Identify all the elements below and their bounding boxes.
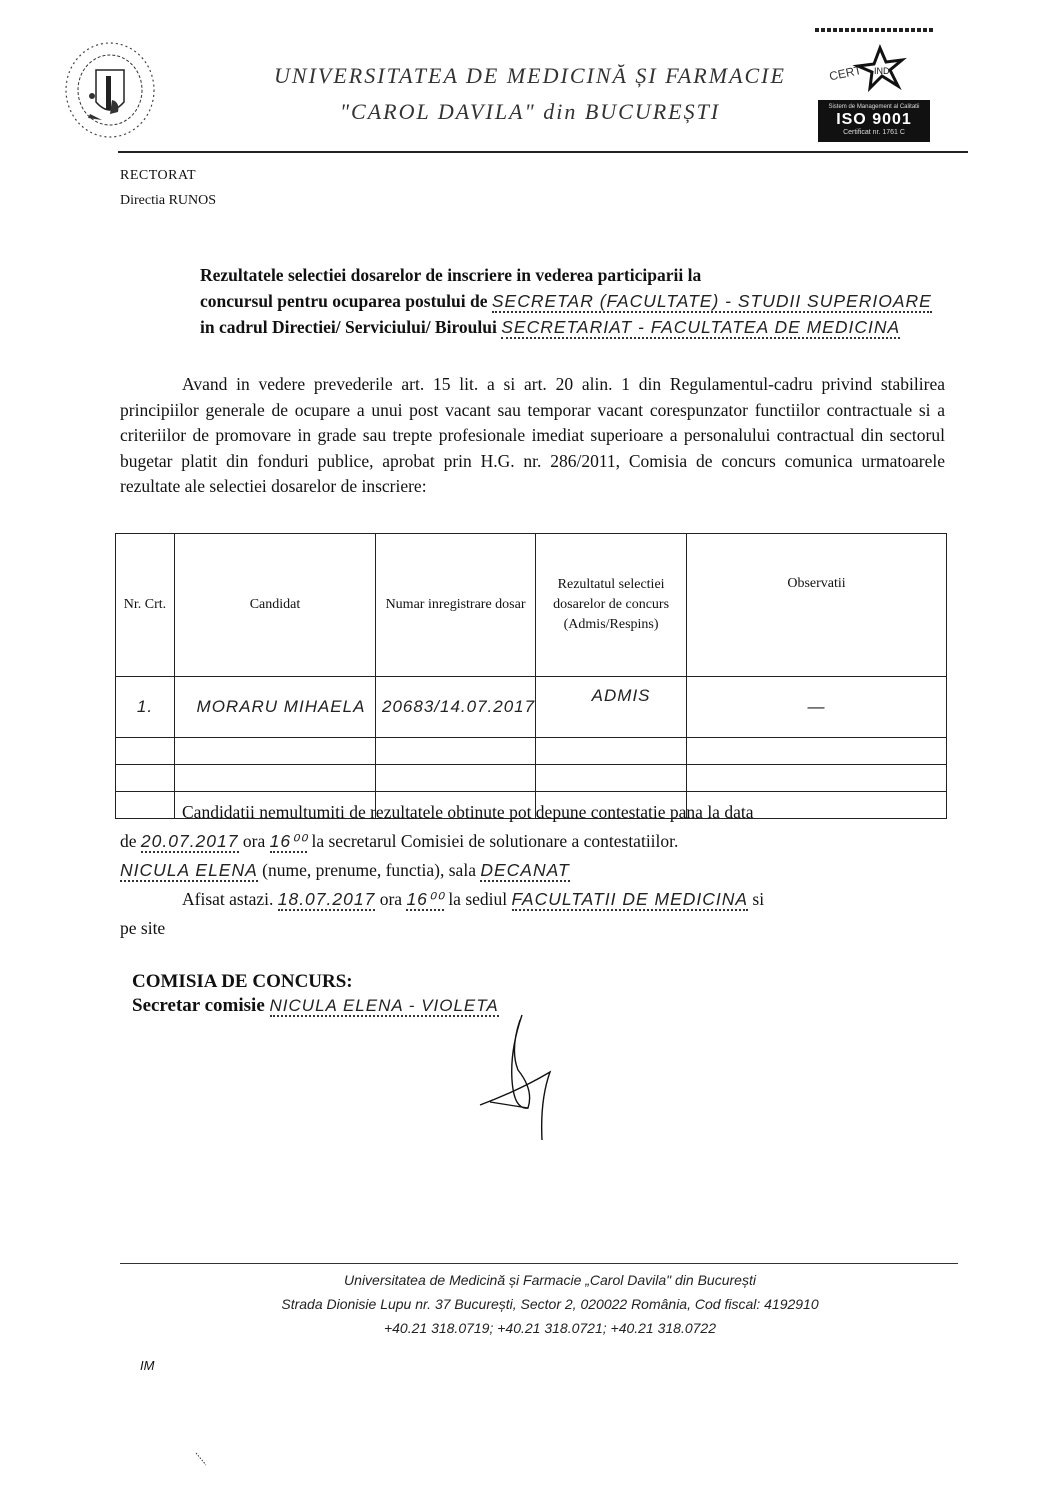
cell-numar: 20683/14.07.2017 [376,677,536,738]
cell-nr [116,765,175,792]
document-title: Rezultatele selectiei dosarelor de inscr… [200,262,1059,340]
signature-icon [470,1010,590,1145]
location: FACULTATII DE MEDICINA [512,889,749,911]
table-row [116,765,947,792]
deadline-date: 20.07.2017 [141,831,239,853]
cell-rezultat: ADMIS [536,677,687,738]
posted-line: Afisat astazi. 18.07.2017 ora 16⁰⁰ la se… [120,885,950,914]
cell-observatii: — [687,677,947,738]
iso-badge-cert: Certificat nr. 1761 C [818,128,930,137]
footer-institution: Universitatea de Medicină și Farmacie „C… [100,1268,1000,1292]
title-line-3: in cadrul Directiei/ Serviciului/ Biroul… [200,314,1059,340]
contestation-deadline-line: de 20.07.2017 ora 16⁰⁰ la secretarul Com… [120,827,950,856]
table-row: 1. MORARU MIHAELA 20683/14.07.2017 ADMIS… [116,677,947,738]
cell-observatii [687,738,947,765]
university-name-line2: "CAROL DAVILA" din BUCUREȘTI [230,94,830,130]
header-divider [118,151,968,153]
department-label: RECTORAT [120,168,196,184]
commission-block: COMISIA DE CONCURS: Secretar comisie NIC… [132,970,499,1018]
header-nr-crt: Nr. Crt. [116,534,175,677]
cell-numar [376,738,536,765]
pe-site: pe site [120,914,950,943]
department-field: SECRETARIAT - FACULTATEA DE MEDICINA [501,317,900,339]
footer-phones: +40.21 318.0719; +40.21 318.0721; +40.21… [100,1316,1000,1340]
iso-badge-main: ISO 9001 [818,111,930,128]
footer: Universitatea de Medicină și Farmacie „C… [100,1268,1000,1340]
cell-candidat [175,765,376,792]
scan-mark [195,1452,207,1466]
directorate-label: Directia RUNOS [120,193,216,209]
university-seal-icon [62,40,158,140]
cell-candidat [175,738,376,765]
commission-secretary-line: Secretar comisie NICULA ELENA - VIOLETA [132,994,499,1018]
table-row [116,738,947,765]
title-department-label: in cadrul Directiei/ Serviciului/ Biroul… [200,317,497,337]
header-observatii: Observatii [687,534,947,677]
iso-badge-caption: Sistem de Management al Calitatii [818,100,930,111]
title-line-2: concursul pentru ocuparea postului de SE… [200,288,1059,314]
footer-divider [120,1263,958,1264]
cell-nr [116,738,175,765]
title-position-label: concursul pentru ocuparea postului de [200,291,488,311]
header-numar-inregistrare: Numar inregistrare dosar [376,534,536,677]
de-label: de [120,831,137,851]
name-hint: (nume, prenume, functia), sala [262,860,476,880]
centrind-logo-icon: CERT IND [822,42,922,97]
cell-numar [376,765,536,792]
footer-address: Strada Dionisie Lupu nr. 37 București, S… [100,1292,1000,1316]
contestation-section: Candidatii nemultumiti de rezultatele ob… [120,798,950,943]
header-candidat: Candidat [175,534,376,677]
svg-text:IND: IND [874,66,890,76]
si-label: si [752,889,764,909]
legal-basis-paragraph: Avand in vedere prevederile art. 15 lit.… [120,372,945,500]
position-field: SECRETAR (FACULTATE) - STUDII SUPERIOARE [492,291,932,313]
cell-candidat: MORARU MIHAELA [175,677,376,738]
university-name-line1: UNIVERSITATEA DE MEDICINĂ ȘI FARMACIE [230,58,830,94]
university-name: UNIVERSITATEA DE MEDICINĂ ȘI FARMACIE "C… [230,58,830,130]
secretary-label: Secretar comisie [132,995,265,1016]
table-header-row: Nr. Crt. Candidat Numar inregistrare dos… [116,534,947,677]
document-initials: IM [140,1358,154,1373]
cell-rezultat [536,765,687,792]
posted-ora-label: ora [380,889,402,909]
location-label: la sediul [448,889,507,909]
cell-nr: 1. [116,677,175,738]
posted-hour: 16⁰⁰ [406,889,444,911]
secretary-text: la secretarul Comisiei de solutionare a … [311,831,678,851]
contestation-secretary-line: NICULA ELENA (nume, prenume, functia), s… [120,856,950,885]
posted-label: Afisat astazi. [182,889,273,909]
cell-rezultat [536,738,687,765]
posted-date: 18.07.2017 [278,889,376,911]
iso-9001-badge-icon: Sistem de Management al Calitatii ISO 90… [818,100,930,142]
commission-secretary-name: NICULA ELENA - VIOLETA [270,996,499,1017]
ora-label: ora [243,831,265,851]
results-table: Nr. Crt. Candidat Numar inregistrare dos… [115,533,947,819]
secretary-name: NICULA ELENA [120,860,258,882]
contestation-intro: Candidatii nemultumiti de rezultatele ob… [120,798,950,827]
title-line-1: Rezultatele selectiei dosarelor de inscr… [200,262,1059,288]
cell-observatii [687,765,947,792]
header-rezultat: Rezultatul selectiei dosarelor de concur… [536,534,687,677]
room: DECANAT [480,860,569,882]
certification-strip [815,28,935,32]
deadline-hour: 16⁰⁰ [270,831,308,853]
commission-heading: COMISIA DE CONCURS: [132,970,499,994]
